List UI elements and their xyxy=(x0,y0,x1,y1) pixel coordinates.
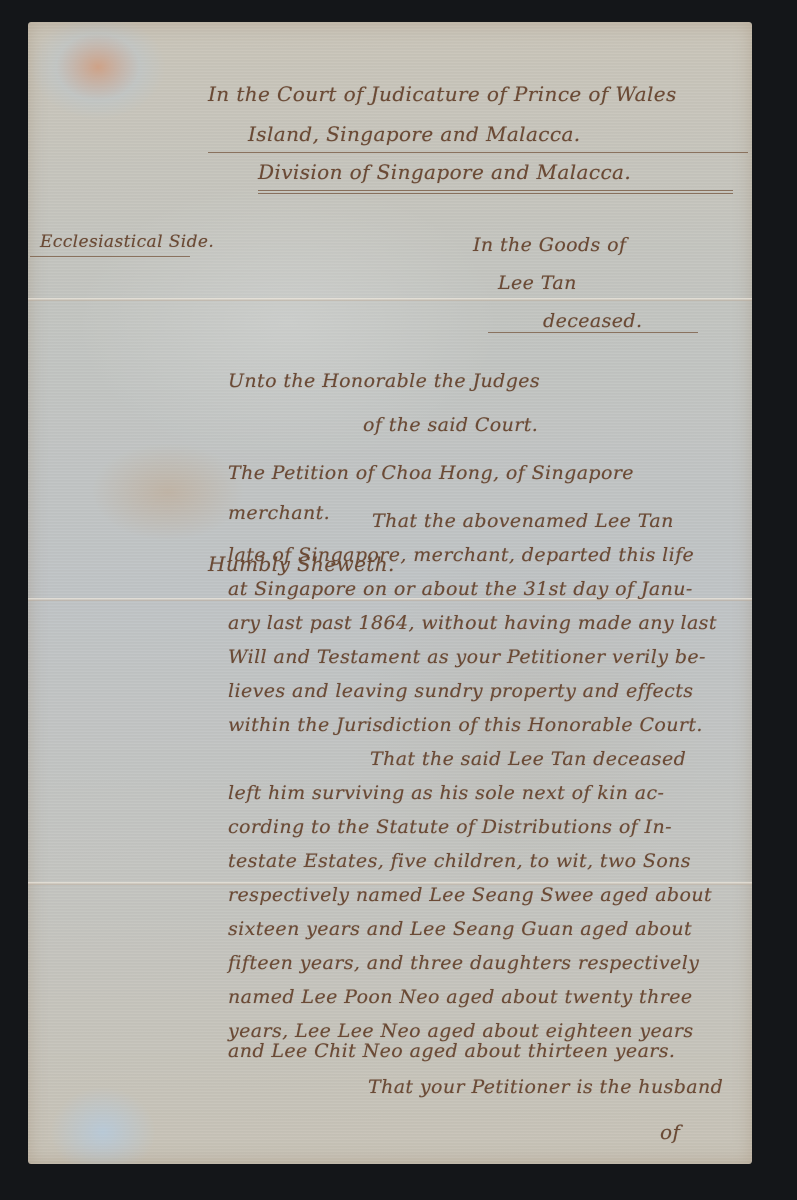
body-line: and Lee Chit Neo aged about thirteen yea… xyxy=(228,1040,675,1062)
body-line: That the said Lee Tan deceased xyxy=(370,748,686,770)
body-line: respectively named Lee Seang Swee aged a… xyxy=(228,884,712,906)
fold-line xyxy=(28,298,752,301)
petition-of-line-1: The Petition of Choa Hong, of Singapore xyxy=(228,462,634,484)
margin-note-rule xyxy=(30,256,190,257)
deceased-name: Lee Tan xyxy=(498,272,577,294)
goods-rule xyxy=(488,332,698,333)
body-line: testate Estates, five children, to wit, … xyxy=(228,850,691,872)
body-line: fifteen years, and three daughters respe… xyxy=(228,952,699,974)
body-line: years, Lee Lee Neo aged about eighteen y… xyxy=(228,1020,694,1042)
body-line: lieves and leaving sundry property and e… xyxy=(228,680,693,702)
catchword: of xyxy=(660,1120,680,1144)
heading-rule xyxy=(208,152,748,153)
body-line: Will and Testament as your Petitioner ve… xyxy=(228,646,706,668)
address-line-1: Unto the Honorable the Judges xyxy=(228,370,540,392)
margin-note: Ecclesiastical Side. xyxy=(40,232,214,252)
deceased-label: deceased. xyxy=(543,310,642,332)
heading-underline xyxy=(258,190,733,194)
body-line: sixteen years and Lee Seang Guan aged ab… xyxy=(228,918,692,940)
body-line: late of Singapore, merchant, departed th… xyxy=(228,544,694,566)
body-line: cording to the Statute of Distributions … xyxy=(228,816,672,838)
in-the-goods-line-1: In the Goods of xyxy=(473,234,626,256)
body-line: ary last past 1864, without having made … xyxy=(228,612,717,634)
body-line: That the abovenamed Lee Tan xyxy=(372,510,674,532)
address-line-2: of the said Court. xyxy=(363,414,538,436)
document-page: In the Court of Judicature of Prince of … xyxy=(28,22,752,1164)
heading-line-2: Island, Singapore and Malacca. xyxy=(248,122,581,146)
body-line: at Singapore on or about the 31st day of… xyxy=(228,578,693,600)
heading-line-3: Division of Singapore and Malacca. xyxy=(258,160,631,184)
petition-of-line-2: merchant. xyxy=(228,502,330,524)
body-line: within the Jurisdiction of this Honorabl… xyxy=(228,714,703,736)
body-line: That your Petitioner is the husband xyxy=(368,1076,723,1098)
body-line: left him surviving as his sole next of k… xyxy=(228,782,664,804)
body-line: named Lee Poon Neo aged about twenty thr… xyxy=(228,986,693,1008)
heading-line-1: In the Court of Judicature of Prince of … xyxy=(208,82,677,106)
